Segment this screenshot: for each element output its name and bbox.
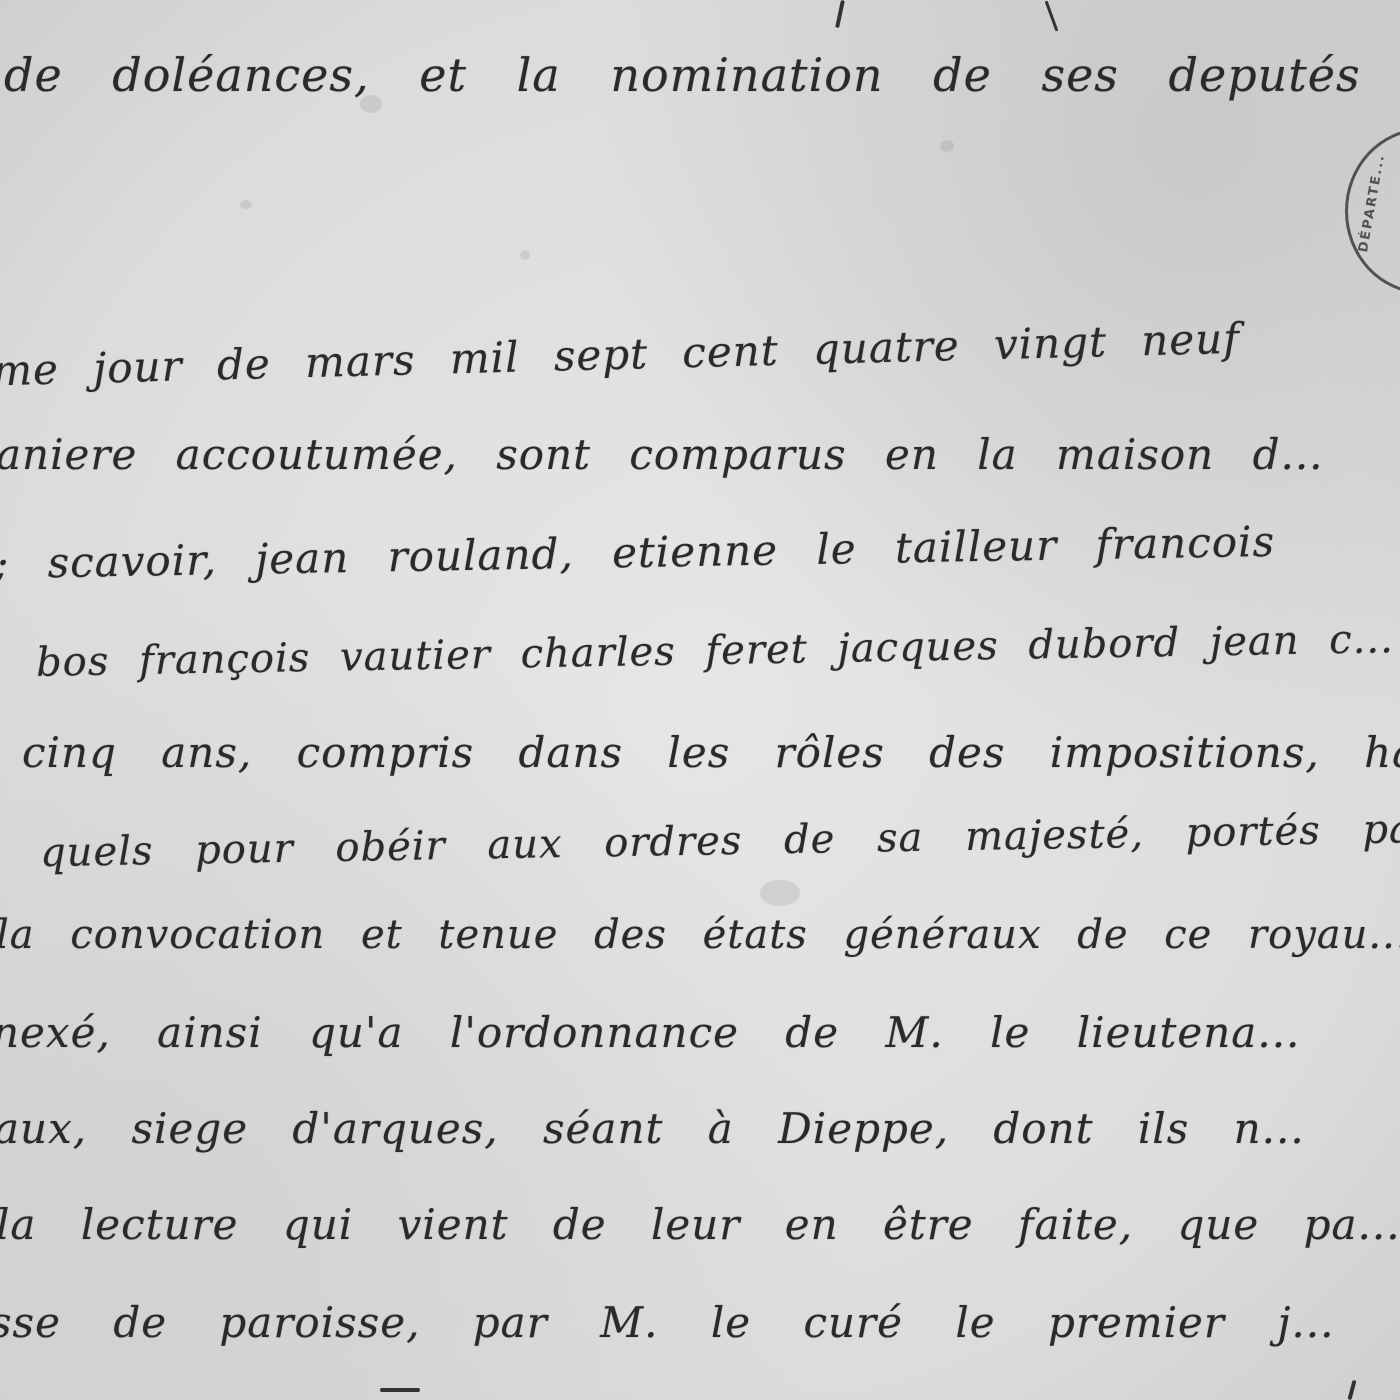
manuscript-line: cinq ans, compris dans les rôles des imp… — [22, 728, 1400, 777]
paper-stain — [520, 250, 530, 260]
manuscript-line: de doléances, et la nomination de ses de… — [4, 48, 1361, 102]
manuscript-line: aniere accoutumée, sont comparus en la m… — [0, 430, 1324, 479]
paper-stain — [240, 200, 252, 209]
manuscript-line: bos françois vautier charles feret jacqu… — [36, 616, 1394, 686]
ink-stroke — [835, 0, 845, 28]
ink-stroke — [1347, 1380, 1356, 1400]
manuscript-page: DÉPARTE... de doléances, et la nominatio… — [0, 0, 1400, 1400]
ink-stroke — [380, 1388, 420, 1392]
manuscript-line: la lecture qui vient de leur en être fai… — [0, 1200, 1400, 1249]
manuscript-line: quels pour obéir aux ordres de sa majest… — [40, 806, 1400, 876]
manuscript-line: la convocation et tenue des états généra… — [0, 912, 1400, 958]
manuscript-line: nexé, ainsi qu'a l'ordonnance de M. le l… — [0, 1008, 1300, 1057]
manuscript-line: ; scavoir, jean rouland, etienne le tail… — [0, 517, 1275, 588]
stamp-text: DÉPARTE... — [1356, 152, 1388, 253]
paper-stain — [760, 880, 800, 906]
manuscript-line: aux, siege d'arques, séant à Dieppe, don… — [0, 1104, 1305, 1153]
archive-stamp: DÉPARTE... — [1345, 128, 1400, 294]
manuscript-line: sse de paroisse, par M. le curé le premi… — [0, 1298, 1334, 1347]
ink-stroke — [1045, 0, 1059, 31]
paper-stain — [940, 140, 954, 152]
manuscript-line: me jour de mars mil sept cent quatre vin… — [0, 314, 1240, 396]
